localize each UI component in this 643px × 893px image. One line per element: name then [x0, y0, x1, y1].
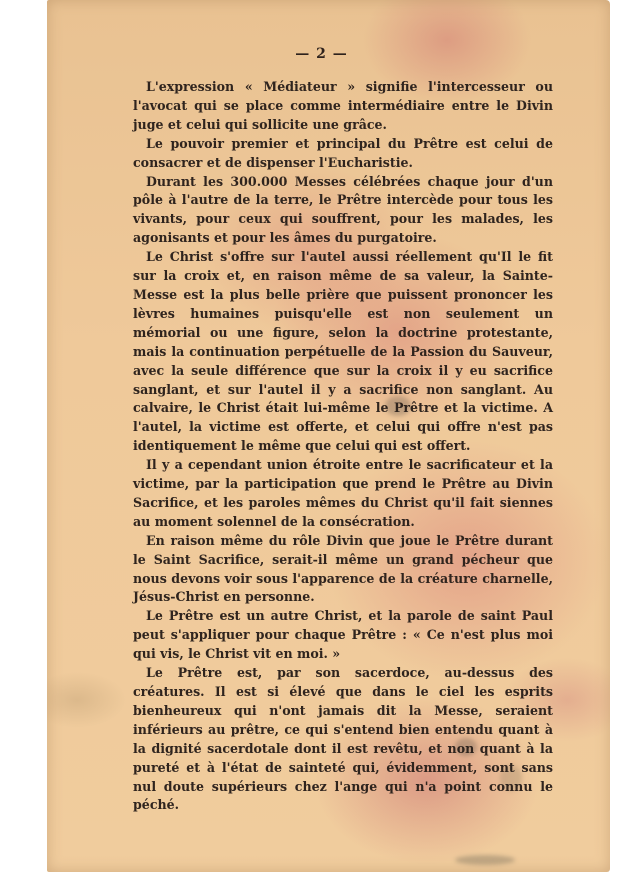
document-body: L'expression « Médiateur » signifie l'in… [133, 78, 553, 815]
paragraph-messes: Durant les 300.000 Messes célébrées chaq… [133, 173, 553, 249]
page-number: — 2 — [0, 46, 643, 62]
paragraph-union: Il y a cependant union étroite entre le … [133, 456, 553, 532]
paragraph-mediateur: L'expression « Médiateur » signifie l'in… [133, 78, 553, 135]
paragraph-sacerdoce: Le Prêtre est, par son sacerdoce, au-des… [133, 664, 553, 815]
paragraph-autre-christ: Le Prêtre est un autre Christ, et la par… [133, 607, 553, 664]
paragraph-role-divin: En raison même du rôle Divin que joue le… [133, 532, 553, 608]
paragraph-christ-autel: Le Christ s'offre sur l'autel aussi réel… [133, 248, 553, 456]
paragraph-pouvoir: Le pouvoir premier et principal du Prêtr… [133, 135, 553, 173]
stain-mark [455, 855, 515, 865]
